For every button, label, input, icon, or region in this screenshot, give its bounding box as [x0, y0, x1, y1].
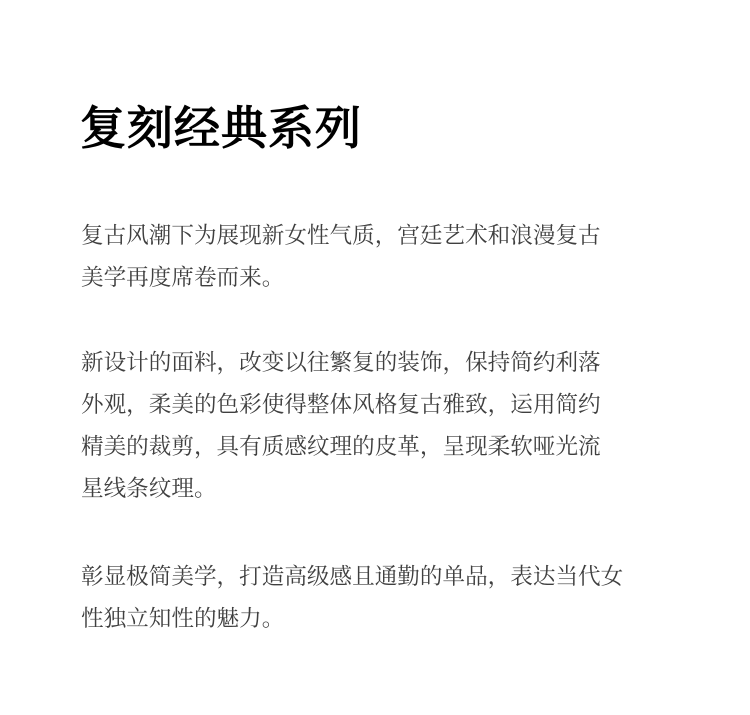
paragraph-intro: 复古风潮下为展现新女性气质，宫廷艺术和浪漫复古 美学再度席卷而来。 — [81, 215, 661, 299]
paragraph-line: 彰显极简美学，打造高级感且通勤的单品，表达当代女 — [81, 556, 661, 598]
paragraph-line: 新设计的面料，改变以往繁复的装饰，保持简约利落 — [81, 342, 661, 384]
paragraph-line: 外观，柔美的色彩使得整体风格复古雅致，运用简约 — [81, 384, 661, 426]
paragraph-line: 性独立知性的魅力。 — [81, 598, 661, 640]
paragraph-design: 新设计的面料，改变以往繁复的装饰，保持简约利落 外观，柔美的色彩使得整体风格复古… — [81, 342, 661, 510]
paragraph-line: 星线条纹理。 — [81, 468, 661, 510]
page-title: 复刻经典系列 — [80, 98, 362, 158]
paragraph-closing: 彰显极简美学，打造高级感且通勤的单品，表达当代女 性独立知性的魅力。 — [81, 556, 661, 640]
paragraph-line: 精美的裁剪，具有质感纹理的皮革，呈现柔软哑光流 — [81, 426, 661, 468]
paragraph-line: 复古风潮下为展现新女性气质，宫廷艺术和浪漫复古 — [81, 215, 661, 257]
paragraph-line: 美学再度席卷而来。 — [81, 257, 661, 299]
